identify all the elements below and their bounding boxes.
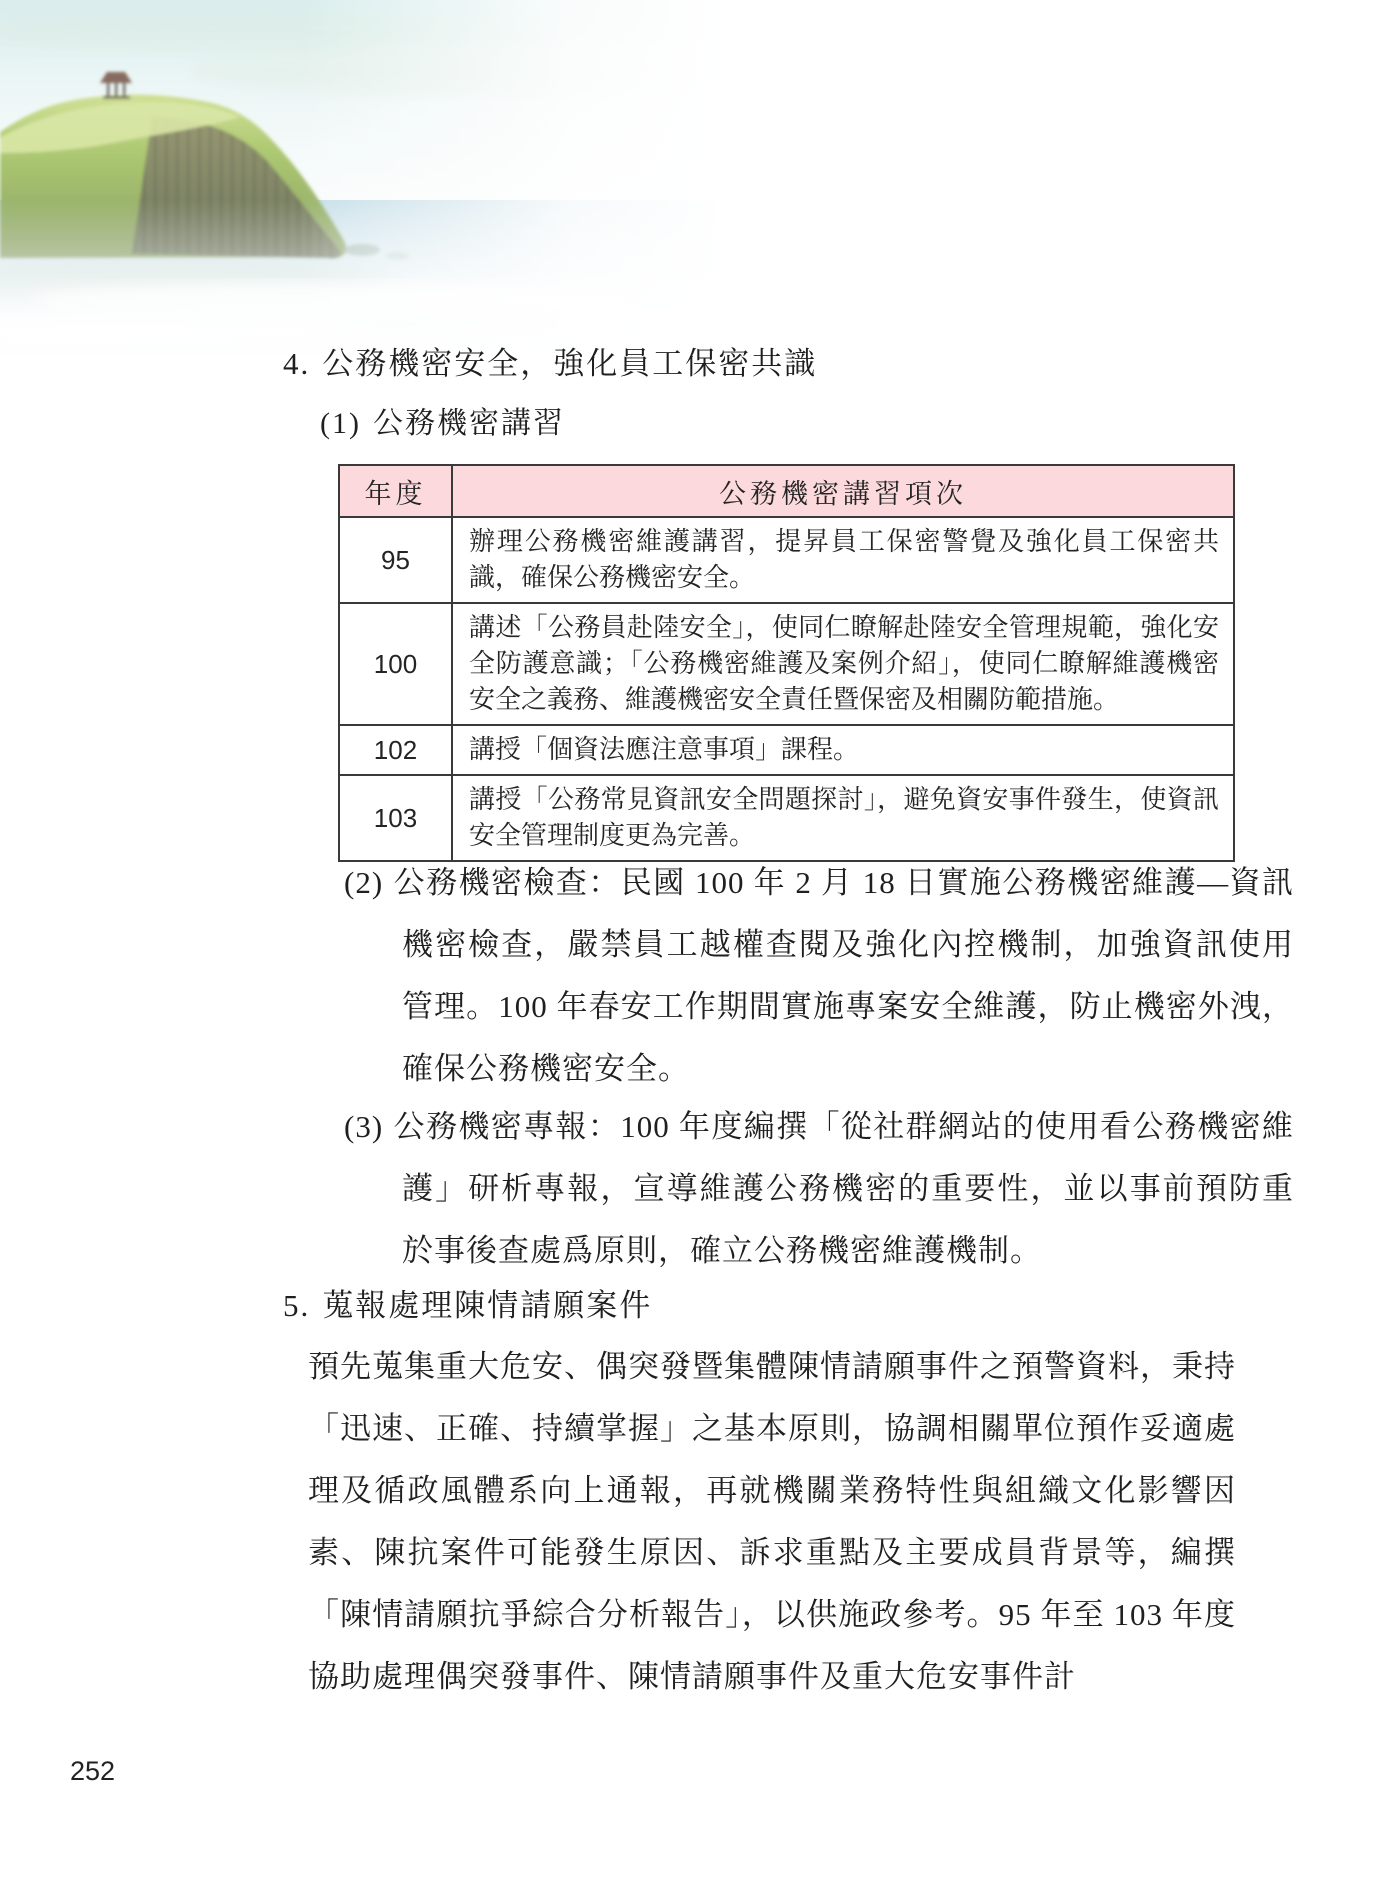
table-header-row: 年度 公務機密講習項次 bbox=[339, 465, 1234, 517]
item-2-number: (2) bbox=[344, 865, 383, 900]
item-3-number: (3) bbox=[344, 1109, 383, 1144]
year-column-header: 年度 bbox=[339, 465, 452, 517]
table-row: 103 講授「公務常見資訊安全問題探討」，避免資安事件發生，使資訊安全管理制度更… bbox=[339, 775, 1234, 861]
section-5-body: 預先蒐集重大危安、偶突發暨集體陳情請願事件之預警資料，秉持「迅速、正確、持續掌握… bbox=[308, 1336, 1236, 1708]
section-5-number: 5. bbox=[283, 1288, 310, 1323]
hero-fade bbox=[0, 0, 790, 385]
item-column-header: 公務機密講習項次 bbox=[452, 465, 1234, 517]
item-3-text: 公務機密專報：100 年度編撰「從社群網站的使用看公務機密維護」研析專報，宣導維… bbox=[393, 1109, 1294, 1268]
year-cell: 102 bbox=[339, 725, 452, 775]
item-1-number: (1) bbox=[320, 407, 361, 440]
page-number: 252 bbox=[70, 1756, 115, 1787]
description-cell: 辦理公務機密維護講習，提昇員工保密警覺及強化員工保密共識，確保公務機密安全。 bbox=[452, 517, 1234, 603]
section-4-number: 4. bbox=[283, 346, 310, 381]
description-cell: 講授「公務常見資訊安全問題探討」，避免資安事件發生，使資訊安全管理制度更為完善。 bbox=[452, 775, 1234, 861]
table-row: 100 講述「公務員赴陸安全」，使同仁瞭解赴陸安全管理規範，強化安全防護意識；「… bbox=[339, 603, 1234, 725]
item-3-paragraph: (3)公務機密專報：100 年度編撰「從社群網站的使用看公務機密維護」研析專報，… bbox=[344, 1096, 1294, 1282]
section-5-heading: 5.蒐報處理陳情請願案件 bbox=[283, 1280, 652, 1325]
lecture-table: 年度 公務機密講習項次 95 辦理公務機密維護講習，提昇員工保密警覺及強化員工保… bbox=[338, 464, 1235, 862]
item-1-title: 公務機密講習 bbox=[373, 407, 565, 440]
year-cell: 100 bbox=[339, 603, 452, 725]
item-2-text: 公務機密檢查：民國 100 年 2 月 18 日實施公務機密維護—資訊機密檢查，… bbox=[393, 865, 1294, 1086]
header-landscape-image bbox=[0, 0, 790, 385]
lecture-table-container: 年度 公務機密講習項次 95 辦理公務機密維護講習，提昇員工保密警覺及強化員工保… bbox=[338, 464, 1235, 862]
description-cell: 講述「公務員赴陸安全」，使同仁瞭解赴陸安全管理規範，強化安全防護意識；「公務機密… bbox=[452, 603, 1234, 725]
table-row: 102 講授「個資法應注意事項」課程。 bbox=[339, 725, 1234, 775]
description-cell: 講授「個資法應注意事項」課程。 bbox=[452, 725, 1234, 775]
year-cell: 103 bbox=[339, 775, 452, 861]
year-cell: 95 bbox=[339, 517, 452, 603]
section-5-title: 蒐報處理陳情請願案件 bbox=[322, 1288, 652, 1323]
item-1-heading: (1)公務機密講習 bbox=[320, 398, 565, 442]
table-row: 95 辦理公務機密維護講習，提昇員工保密警覺及強化員工保密共識，確保公務機密安全… bbox=[339, 517, 1234, 603]
item-2-paragraph: (2)公務機密檢查：民國 100 年 2 月 18 日實施公務機密維護—資訊機密… bbox=[344, 852, 1294, 1100]
section-4-title: 公務機密安全，強化員工保密共識 bbox=[322, 346, 817, 381]
document-page: 4.公務機密安全，強化員工保密共識 (1)公務機密講習 年度 公務機密講習項次 … bbox=[0, 0, 1400, 1900]
section-4-heading: 4.公務機密安全，強化員工保密共識 bbox=[283, 338, 817, 383]
